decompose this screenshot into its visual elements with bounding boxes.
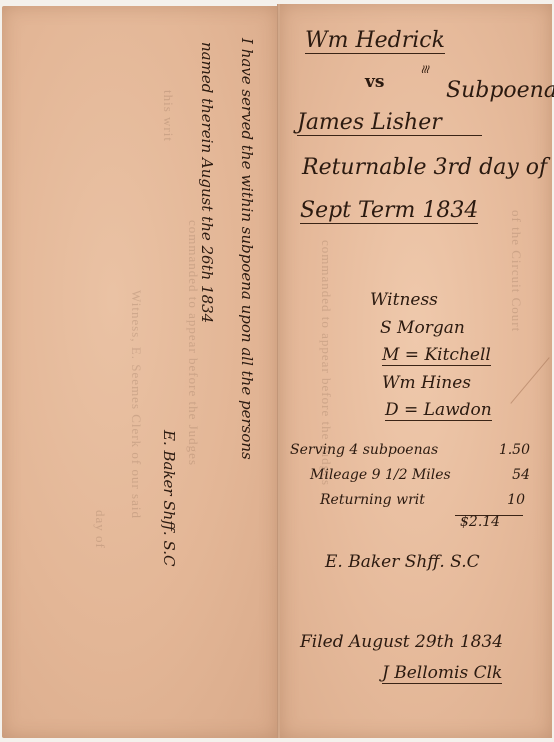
sheriff-signature: E. Baker Shff. S.C [325, 552, 480, 572]
defendant-name: James Lisher [297, 110, 482, 136]
writ-type: Subpoena [446, 78, 554, 103]
return-of-service-line-2: named therein August the 26th 1834 [198, 42, 216, 323]
fee-total: $2.14 [460, 514, 500, 530]
fee-amount: 10 [507, 492, 525, 508]
return-of-service-line-1: I have served the within subpoena upon a… [238, 38, 256, 460]
fee-row: Returning writ 10 [320, 492, 525, 508]
plaintiff-name: Wm Hedrick [305, 28, 445, 54]
bleed-through-text: day of [92, 510, 108, 549]
fee-label: Returning writ [320, 492, 425, 508]
bleed-through-text: Witness, E. Seemes Clerk of our said [128, 290, 144, 519]
versus-label: vs [365, 72, 384, 92]
witness-heading: Witness [370, 290, 438, 310]
witness-name: D = Lawdon [385, 400, 492, 421]
witness-name: M = Kitchell [382, 345, 491, 366]
flourish-mark: ≀≀≀ [420, 62, 428, 76]
fee-amount: 54 [512, 467, 530, 483]
fee-row: Serving 4 subpoenas 1.50 [290, 442, 530, 458]
return-signature: E. Baker Shff. S.C [160, 430, 178, 566]
witness-name: Wm Hines [382, 373, 471, 393]
filed-date: Filed August 29th 1834 [300, 632, 503, 652]
fee-label: Mileage 9 1/2 Miles [310, 467, 451, 483]
document-scan: this writ commanded to appear before the… [0, 0, 554, 742]
fee-amount: 1.50 [499, 442, 530, 458]
returnable-line-1: Returnable 3rd day of [302, 155, 547, 180]
witness-name: S Morgan [380, 318, 465, 338]
bleed-through-text: this writ [160, 90, 176, 142]
fee-row: Mileage 9 1/2 Miles 54 [310, 467, 530, 483]
clerk-signature: J Bellomis Clk [382, 663, 502, 684]
bleed-through-text: of the Circuit Court [508, 210, 524, 332]
returnable-line-2: Sept Term 1834 [300, 198, 478, 224]
fee-label: Serving 4 subpoenas [290, 442, 438, 458]
